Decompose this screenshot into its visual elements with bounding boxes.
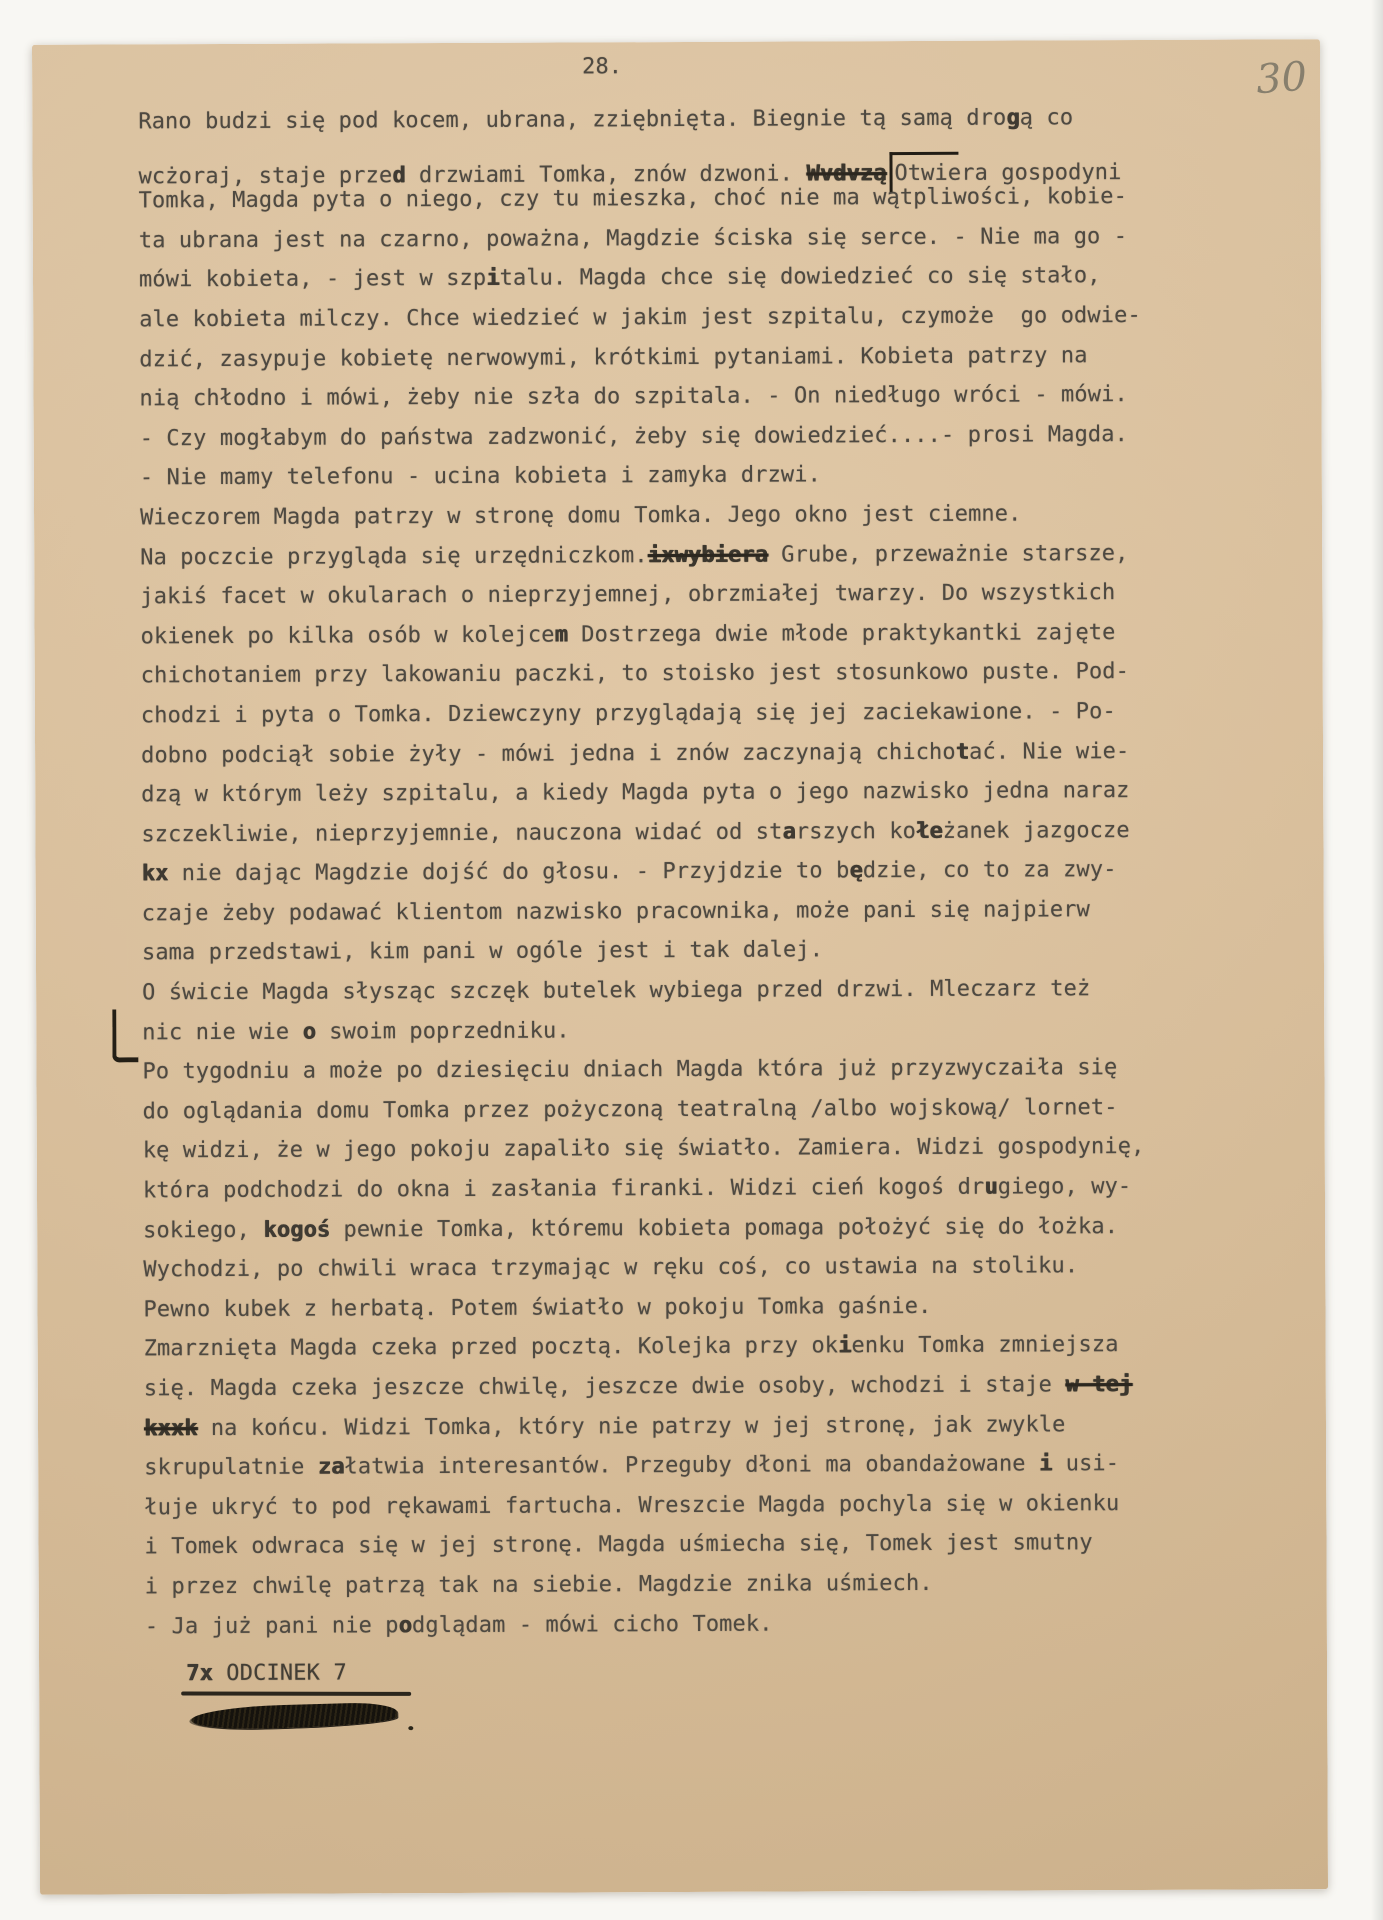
text-segment: ODCINEK 7 xyxy=(213,1660,347,1686)
text-segment: Po tygodniu a może po dziesięciu dniach … xyxy=(142,1055,1117,1084)
text-line: kx nie dając Magdzie dojść do głosu. - P… xyxy=(142,850,1102,894)
text-segment: Grube, przeważnie starsze, xyxy=(768,541,1129,568)
text-segment: pewnie Tomka, któremu kobieta pomaga poł… xyxy=(330,1214,1118,1242)
text-line: dobno podciął sobie żyły - mówi jedna i … xyxy=(141,732,1101,776)
text-line: O świcie Magda słysząc szczęk butelek wy… xyxy=(142,969,1102,1013)
text-line: Na poczcie przygląda się urzędniczkom.ix… xyxy=(140,534,1100,578)
text-segment: O świcie Magda słysząc szczęk butelek wy… xyxy=(142,976,1090,1005)
text-segment: kxxk xyxy=(144,1416,198,1441)
text-segment: dzie, co to za zwy- xyxy=(863,857,1117,883)
text-segment: m xyxy=(555,622,568,647)
text-line: - Ja już pani nie podglądam - mówi cicho… xyxy=(145,1603,1105,1647)
text-segment: dzą w którym leży szpitalu, a kiedy Magd… xyxy=(141,778,1129,807)
text-line: się. Magda czeka jeszcze chwilę, jeszcze… xyxy=(144,1365,1104,1409)
text-segment: mówi kobieta, - jest w szp xyxy=(139,266,486,293)
text-line: i przez chwilę patrzą tak na siebie. Mag… xyxy=(145,1563,1105,1607)
text-segment: i przez chwilę patrzą tak na siebie. Mag… xyxy=(145,1571,933,1599)
text-segment: do oglądania domu Tomka przez pożyczoną … xyxy=(143,1095,1118,1124)
text-segment: nie dając Magdzie dojść do głosu. - Przy… xyxy=(168,859,849,887)
text-line: Rano budzi się pod kocem, ubrana, zziębn… xyxy=(138,98,1098,142)
text-segment: ą co xyxy=(1020,105,1074,130)
text-segment: a xyxy=(782,819,795,844)
text-segment: ać. Nie wie- xyxy=(969,739,1129,765)
text-segment: za xyxy=(318,1455,345,1480)
text-segment: 7x xyxy=(186,1661,213,1686)
text-segment: dglądam - mówi cicho Tomek. xyxy=(412,1611,773,1638)
text-segment: o xyxy=(399,1613,412,1638)
text-segment: ixwybiera xyxy=(648,542,768,568)
text-line: czaje żeby podawać klientom nazwisko pra… xyxy=(142,890,1102,934)
text-segment: łatwia interesantów. Przeguby dłoni ma o… xyxy=(344,1452,1039,1480)
text-segment: Dostrzega dwie młode praktykantki zajęte xyxy=(568,620,1116,647)
text-segment: skrupulatnie xyxy=(144,1455,318,1481)
text-line: - Czy mogłabym do państwa zadzwonić, żeb… xyxy=(140,415,1100,459)
text-segment: ę xyxy=(849,858,862,883)
text-segment: nią chłodno i mówi, żeby nie szła do szp… xyxy=(139,382,1127,411)
text-line: i Tomek odwraca się w jej stronę. Magda … xyxy=(144,1524,1104,1568)
text-segment: i xyxy=(1039,1452,1052,1477)
text-segment: Rano budzi się pod kocem, ubrana, zziębn… xyxy=(138,106,1006,135)
text-line: mówi kobieta, - jest w szpitalu. Magda c… xyxy=(139,257,1099,301)
text-line: wcżoraj, staje przed drzwiami Tomka, znó… xyxy=(138,138,1098,182)
text-segment: Pewno kubek z herbatą. Potem światło w p… xyxy=(143,1294,931,1322)
text-line: nic nie wie o swoim poprzedniku. xyxy=(142,1009,1102,1053)
text-line: Wieczorem Magda patrzy w stronę domu Tom… xyxy=(140,494,1100,538)
text-line: ale kobieta milczy. Chce wiedzieć w jaki… xyxy=(139,296,1099,340)
text-line: Zmarznięta Magda czeka przed pocztą. Kol… xyxy=(144,1326,1104,1370)
text-line: sokiego, kogoś pewnie Tomka, któremu kob… xyxy=(143,1207,1103,1251)
text-segment: Tomka, Magda pyta o niego, czy tu mieszk… xyxy=(139,184,1127,213)
text-segment: nic nie wie xyxy=(142,1019,302,1045)
text-line: Tomka, Magda pyta o niego, czy tu mieszk… xyxy=(139,177,1099,221)
text-line: okienek po kilka osób w kolejcem Dostrze… xyxy=(140,613,1100,657)
text-segment: dzić, zasypuje kobietę nerwowymi, krótki… xyxy=(139,343,1087,372)
text-segment: w tej xyxy=(1065,1372,1132,1397)
text-segment: chodzi i pyta o Tomka. Dziewczyny przygl… xyxy=(141,699,1116,728)
text-line: dzą w którym leży szpitalu, a kiedy Magd… xyxy=(141,771,1101,815)
text-segment: ta ubrana jest na czarno, poważna, Magdz… xyxy=(139,224,1127,253)
text-segment: - Ja już pani nie p xyxy=(145,1613,399,1639)
text-segment: talu. Magda chce się dowiedzieć co się s… xyxy=(500,264,1101,292)
text-segment: która podchodzi do okna i zasłania firan… xyxy=(143,1175,984,1204)
text-segment: - Nie mamy telefonu - ucina kobieta i za… xyxy=(140,463,821,491)
text-segment: kę widzi, że w jego pokoju zapaliło się … xyxy=(143,1134,1145,1163)
episode-underline-mark xyxy=(181,1691,411,1695)
text-segment: i Tomek odwraca się w jej stronę. Magda … xyxy=(144,1531,1092,1560)
typescript-page: 28. 30 Rano budzi się pod kocem, ubrana,… xyxy=(32,39,1328,1895)
scan-edge-shadow xyxy=(1371,0,1383,1920)
text-segment: szczekliwie, nieprzyjemnie, nauczona wid… xyxy=(141,819,782,847)
text-segment: g xyxy=(1006,106,1019,131)
text-segment: się. Magda czeka jeszcze chwilę, jeszcze… xyxy=(144,1372,1066,1401)
text-segment: chichotaniem przy lakowaniu paczki, to s… xyxy=(141,659,1129,688)
text-segment: jakiś facet w okularach o nieprzyjemnej,… xyxy=(140,580,1115,609)
typescript-body: Rano budzi się pod kocem, ubrana, zziębn… xyxy=(138,98,1105,1646)
text-line: jakiś facet w okularach o nieprzyjemnej,… xyxy=(140,573,1100,617)
text-segment: kogoś xyxy=(263,1217,330,1242)
text-segment: łe xyxy=(916,819,943,844)
text-line: chodzi i pyta o Tomka. Dziewczyny przygl… xyxy=(141,692,1101,736)
text-line: kxxk na końcu. Widzi Tomka, który nie pa… xyxy=(144,1405,1104,1449)
text-segment: swoim poprzedniku. xyxy=(316,1018,570,1044)
text-segment: - Czy mogłabym do państwa zadzwonić, żeb… xyxy=(140,422,1128,451)
text-segment: usi- xyxy=(1052,1451,1119,1476)
ink-dot xyxy=(408,1726,413,1730)
text-line: szczekliwie, nieprzyjemnie, nauczona wid… xyxy=(141,811,1101,855)
text-line: która podchodzi do okna i zasłania firan… xyxy=(143,1167,1103,1211)
text-segment: czaje żeby podawać klientom nazwisko pra… xyxy=(142,897,1090,926)
text-line: nią chłodno i mówi, żeby nie szła do szp… xyxy=(139,375,1099,419)
text-segment: Zmarznięta Magda czeka przed pocztą. Kol… xyxy=(144,1334,839,1362)
text-segment: kx xyxy=(142,862,169,887)
text-segment: ale kobieta milczy. Chce wiedzieć w jaki… xyxy=(139,303,1141,332)
text-line: Pewno kubek z herbatą. Potem światło w p… xyxy=(143,1286,1103,1330)
text-segment: sokiego, xyxy=(143,1217,263,1243)
text-segment: żanek jazgocze xyxy=(943,818,1130,844)
text-line: kę widzi, że w jego pokoju zapaliło się … xyxy=(143,1128,1103,1172)
text-segment: łuje ukryć to pod rękawami fartucha. Wre… xyxy=(144,1491,1119,1520)
blacked-out-text-scribble xyxy=(191,1702,398,1731)
text-line: Wychodzi, po chwili wraca trzymając w rę… xyxy=(143,1246,1103,1290)
margin-bracket-mark xyxy=(112,1009,138,1062)
text-segment: sama przedstawi, kim pani w ogóle jest i… xyxy=(142,938,823,966)
text-line: skrupulatnie załatwia interesantów. Prze… xyxy=(144,1444,1104,1488)
text-segment: t xyxy=(956,739,969,764)
handwritten-page-number: 30 xyxy=(1254,54,1308,104)
text-segment: giego, wy- xyxy=(998,1174,1132,1200)
text-segment: u xyxy=(984,1175,997,1200)
text-segment: i xyxy=(486,266,499,291)
episode-footer: 7x ODCINEK 7 xyxy=(186,1659,606,1686)
text-segment: i xyxy=(838,1334,851,1359)
text-segment: rszych ko xyxy=(796,819,916,845)
text-segment: Wychodzi, po chwili wraca trzymając w rę… xyxy=(143,1253,1078,1282)
text-segment: o xyxy=(302,1019,315,1044)
text-segment: na końcu. Widzi Tomka, który nie patrzy … xyxy=(197,1412,1065,1441)
text-line: dzić, zasypuje kobietę nerwowymi, krótki… xyxy=(139,336,1099,380)
text-segment: dobno podciął sobie żyły - mówi jedna i … xyxy=(141,739,956,768)
text-line: chichotaniem przy lakowaniu paczki, to s… xyxy=(141,652,1101,696)
text-line: Po tygodniu a może po dziesięciu dniach … xyxy=(142,1048,1102,1092)
text-line: - Nie mamy telefonu - ucina kobieta i za… xyxy=(140,455,1100,499)
text-segment: Na poczcie przygląda się urzędniczkom. xyxy=(140,543,648,570)
text-segment: enku Tomka zmniejsza xyxy=(851,1332,1118,1358)
text-line: ta ubrana jest na czarno, poważna, Magdz… xyxy=(139,217,1099,261)
text-segment: Wieczorem Magda patrzy w stronę domu Tom… xyxy=(140,501,1022,530)
episode-label: 7x ODCINEK 7 xyxy=(186,1659,606,1686)
text-line: sama przedstawi, kim pani w ogóle jest i… xyxy=(142,930,1102,974)
text-line: do oglądania domu Tomka przez pożyczoną … xyxy=(143,1088,1103,1132)
text-line: łuje ukryć to pod rękawami fartucha. Wre… xyxy=(144,1484,1104,1528)
text-segment: okienek po kilka osób w kolejce xyxy=(140,622,554,649)
page-number: 28. xyxy=(582,54,622,79)
